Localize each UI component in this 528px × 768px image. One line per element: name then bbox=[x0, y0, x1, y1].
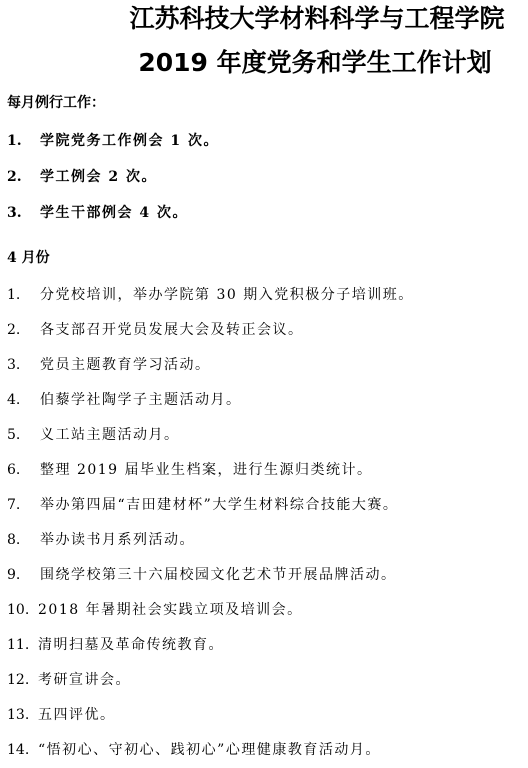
april-section-heading: 4 月份 bbox=[7, 249, 50, 267]
item-number: 2. bbox=[7, 168, 40, 186]
april-item: 9.围绕学校第三十六届校园文化艺术节开展品牌活动。 bbox=[7, 566, 397, 584]
april-item: 13.五四评优。 bbox=[7, 706, 116, 724]
item-text: 2018 年暑期社会实践立项及培训会。 bbox=[38, 602, 303, 618]
item-text: 学生干部例会 4 次。 bbox=[40, 205, 188, 221]
item-number: 10. bbox=[7, 601, 38, 619]
routine-item: 1.学院党务工作例会 1 次。 bbox=[7, 132, 219, 150]
april-item: 7.举办第四届“吉田建材杯”大学生材料综合技能大赛。 bbox=[7, 496, 398, 514]
item-text: 分党校培训，举办学院第 30 期入党积极分子培训班。 bbox=[40, 287, 414, 303]
april-item: 10.2018 年暑期社会实践立项及培训会。 bbox=[7, 601, 303, 619]
item-number: 3. bbox=[7, 356, 40, 374]
april-item: 14.“悟初心、守初心、践初心”心理健康教育活动月。 bbox=[7, 741, 381, 759]
item-number: 2. bbox=[7, 321, 40, 339]
item-text: 考研宣讲会。 bbox=[38, 672, 131, 688]
item-text: 学工例会 2 次。 bbox=[40, 169, 157, 185]
item-number: 5. bbox=[7, 426, 40, 444]
item-number: 11. bbox=[7, 636, 38, 654]
item-text: 五四评优。 bbox=[38, 707, 116, 723]
april-item: 1.分党校培训，举办学院第 30 期入党积极分子培训班。 bbox=[7, 286, 414, 304]
item-number: 8. bbox=[7, 531, 40, 549]
item-text: 清明扫墓及革命传统教育。 bbox=[38, 637, 224, 653]
item-number: 12. bbox=[7, 671, 38, 689]
item-text: 整理 2019 届毕业生档案，进行生源归类统计。 bbox=[40, 462, 373, 478]
item-number: 13. bbox=[7, 706, 38, 724]
april-item: 3.党员主题教育学习活动。 bbox=[7, 356, 211, 374]
april-item: 5.义工站主题活动月。 bbox=[7, 426, 180, 444]
item-number: 6. bbox=[7, 461, 40, 479]
item-text: “悟初心、守初心、践初心”心理健康教育活动月。 bbox=[38, 742, 381, 758]
item-number: 1. bbox=[7, 286, 40, 304]
document-title-line2: 2019 年度党务和学生工作计划 bbox=[110, 48, 520, 78]
routine-item: 2.学工例会 2 次。 bbox=[7, 168, 157, 186]
document-page: 江苏科技大学材料科学与工程学院 2019 年度党务和学生工作计划 每月例行工作：… bbox=[0, 0, 528, 768]
april-item: 2.各支部召开党员发展大会及转正会议。 bbox=[7, 321, 304, 339]
april-item: 4.伯藜学社陶学子主题活动月。 bbox=[7, 391, 242, 409]
item-number: 3. bbox=[7, 204, 40, 222]
item-text: 党员主题教育学习活动。 bbox=[40, 357, 211, 373]
item-number: 1. bbox=[7, 132, 40, 150]
item-text: 举办读书月系列活动。 bbox=[40, 532, 195, 548]
item-number: 7. bbox=[7, 496, 40, 514]
april-item: 8.举办读书月系列活动。 bbox=[7, 531, 195, 549]
item-number: 4. bbox=[7, 391, 40, 409]
item-text: 举办第四届“吉田建材杯”大学生材料综合技能大赛。 bbox=[40, 497, 398, 513]
april-item: 6.整理 2019 届毕业生档案，进行生源归类统计。 bbox=[7, 461, 373, 479]
document-title-line1: 江苏科技大学材料科学与工程学院 bbox=[106, 4, 528, 34]
item-text: 各支部召开党员发展大会及转正会议。 bbox=[40, 322, 304, 338]
item-text: 伯藜学社陶学子主题活动月。 bbox=[40, 392, 242, 408]
item-text: 围绕学校第三十六届校园文化艺术节开展品牌活动。 bbox=[40, 567, 397, 583]
routine-section-heading: 每月例行工作： bbox=[7, 94, 105, 112]
april-item: 12.考研宣讲会。 bbox=[7, 671, 131, 689]
item-number: 14. bbox=[7, 741, 38, 759]
item-text: 义工站主题活动月。 bbox=[40, 427, 180, 443]
item-text: 学院党务工作例会 1 次。 bbox=[40, 133, 219, 149]
april-item: 11.清明扫墓及革命传统教育。 bbox=[7, 636, 224, 654]
routine-item: 3.学生干部例会 4 次。 bbox=[7, 204, 188, 222]
item-number: 9. bbox=[7, 566, 40, 584]
